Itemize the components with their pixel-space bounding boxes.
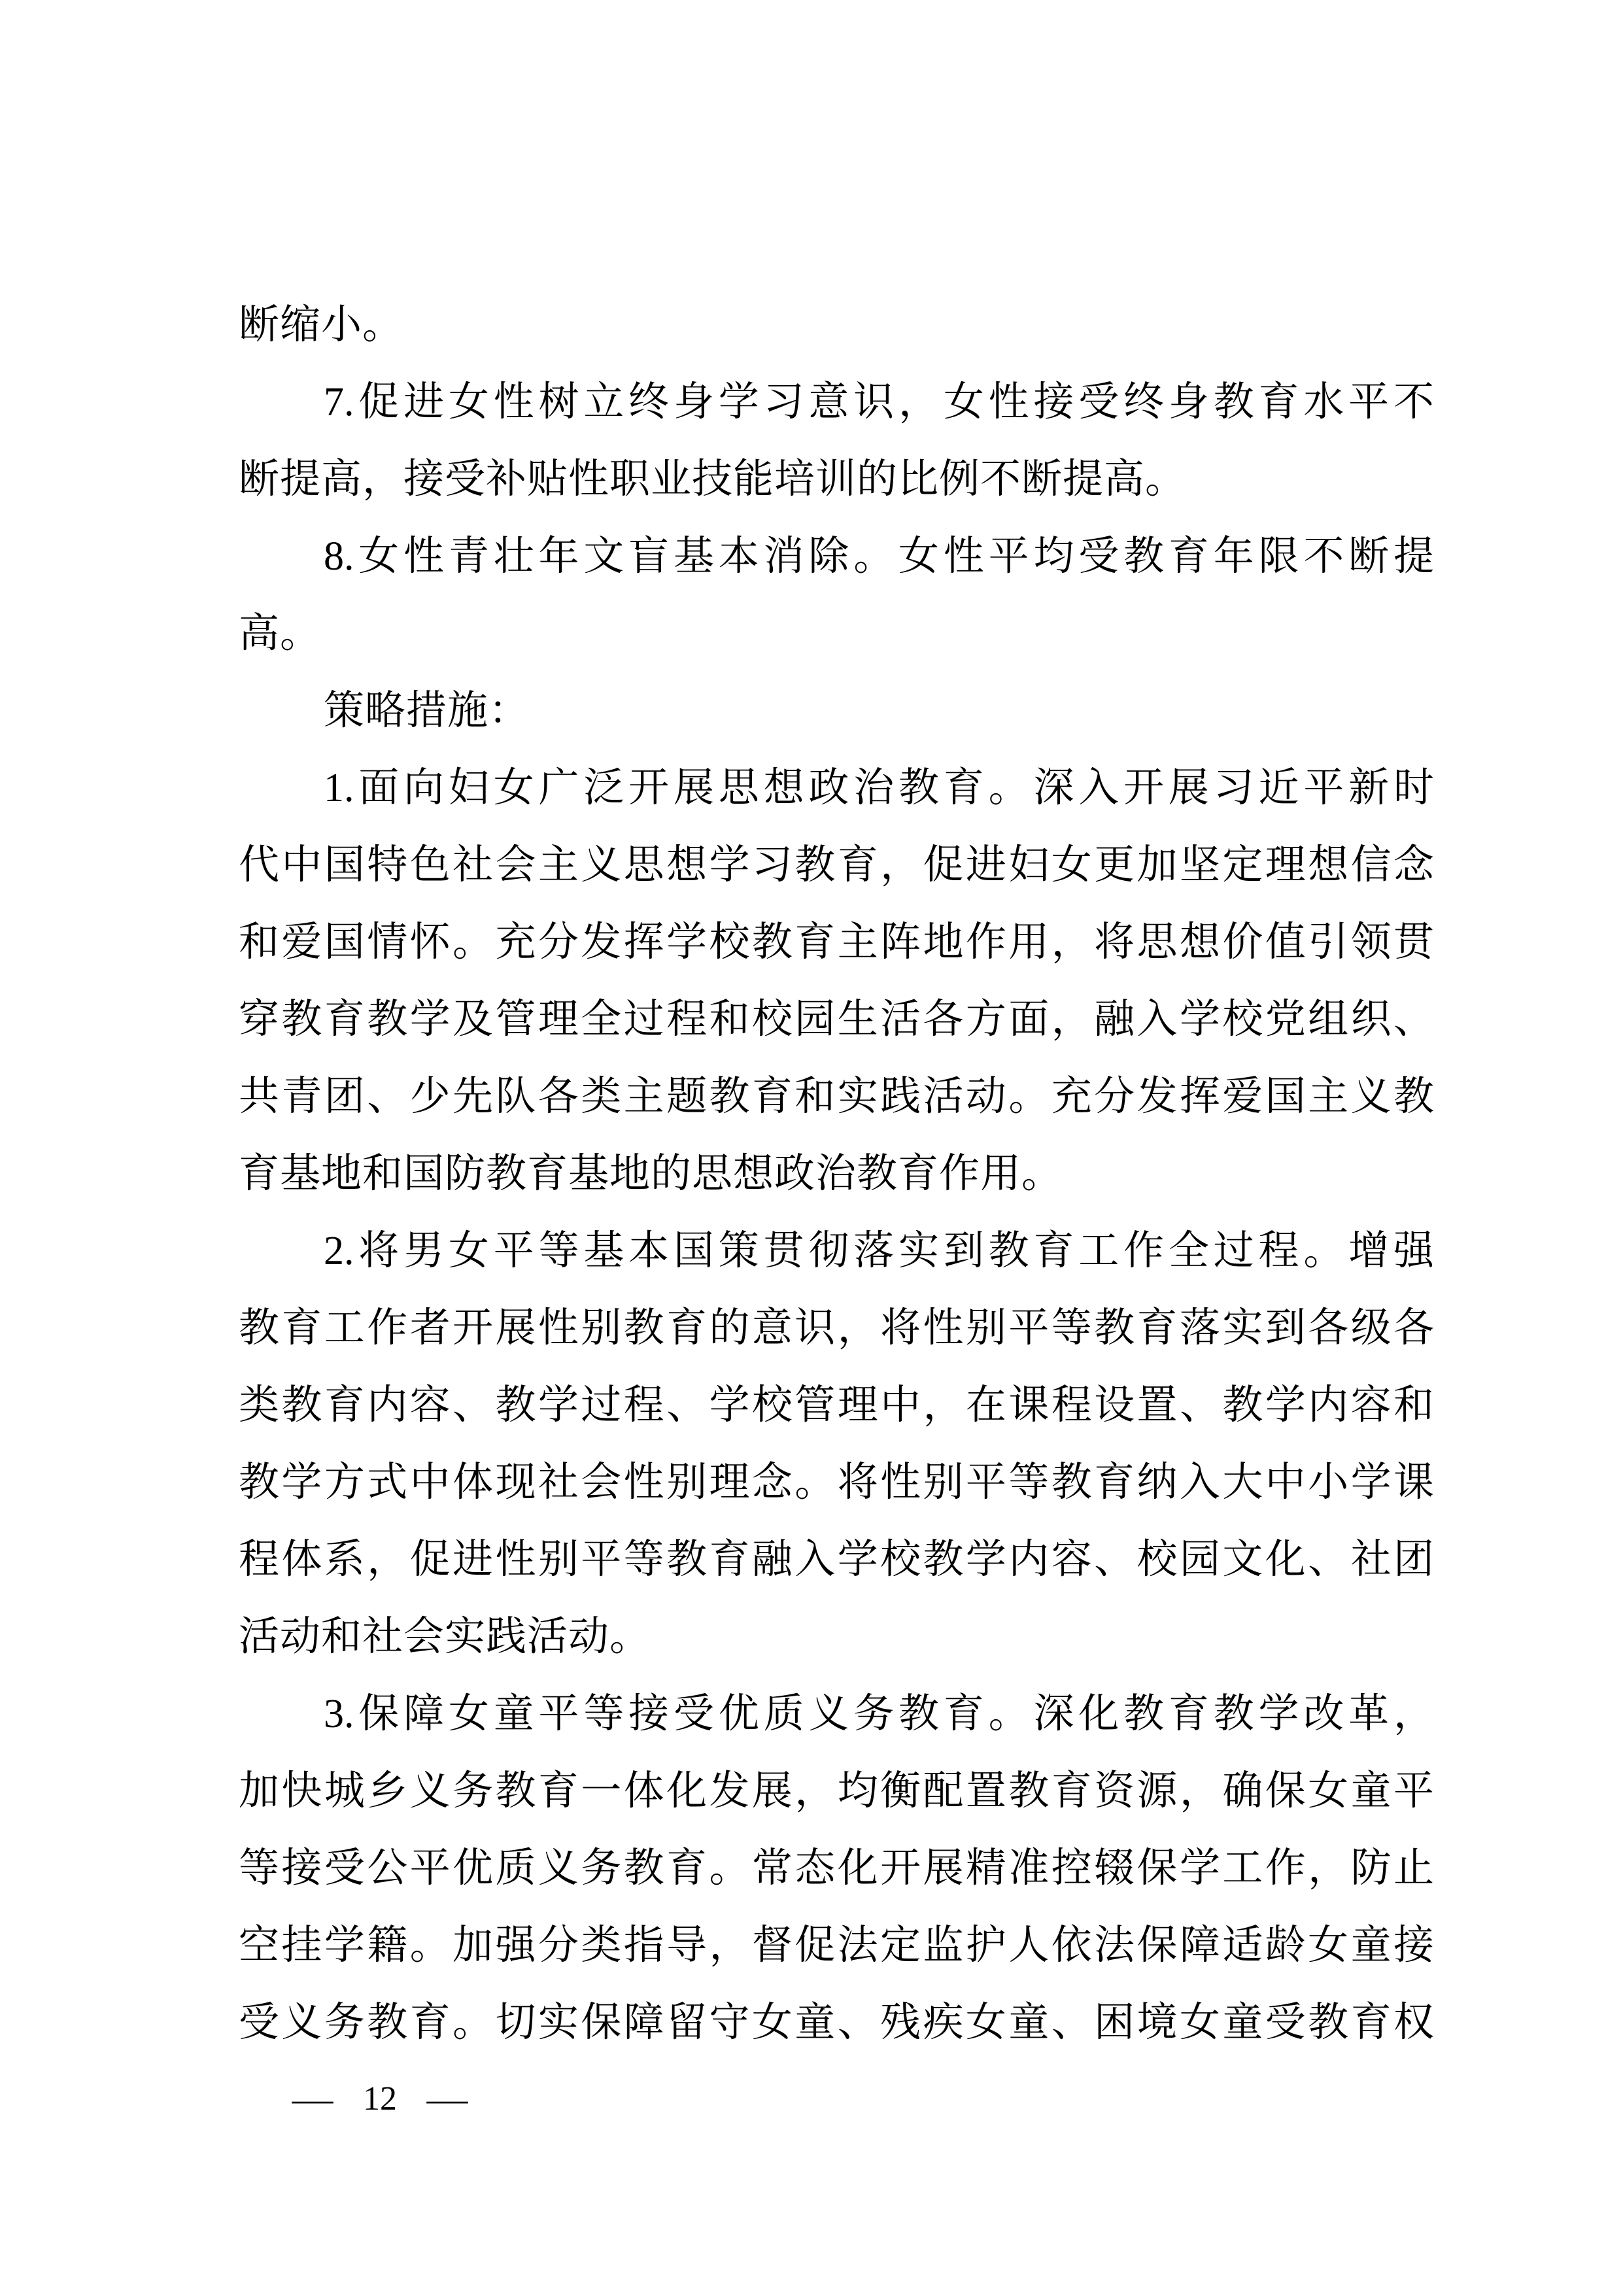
text-line: 策略措施： <box>239 672 1434 749</box>
text-line: 受义务教育。切实保障留守女童、残疾女童、困境女童受教育权 <box>239 1984 1434 2061</box>
text-line: 教学方式中体现社会性别理念。将性别平等教育纳入大中小学课 <box>239 1444 1434 1521</box>
text-line: 等接受公平优质义务教育。常态化开展精准控辍保学工作，防止 <box>239 1830 1434 1907</box>
text-line: 加快城乡义务教育一体化发展，均衡配置教育资源，确保女童平 <box>239 1753 1434 1830</box>
page-footer: — 12 — <box>294 2078 466 2120</box>
text-line: 3.保障女童平等接受优质义务教育。深化教育教学改革， <box>239 1675 1434 1753</box>
text-line: 空挂学籍。加强分类指导，督促法定监护人依法保障适龄女童接 <box>239 1907 1434 1984</box>
text-line: 高。 <box>239 595 1434 672</box>
text-line: 1.面向妇女广泛开展思想政治教育。深入开展习近平新时 <box>239 749 1434 827</box>
footer-dash: — <box>292 2078 333 2120</box>
text-line: 类教育内容、教学过程、学校管理中，在课程设置、教学内容和 <box>239 1367 1434 1444</box>
text-line: 育基地和国防教育基地的思想政治教育作用。 <box>239 1135 1434 1212</box>
text-line: 断缩小。 <box>239 286 1434 364</box>
text-line: 和爱国情怀。充分发挥学校教育主阵地作用，将思想价值引领贯 <box>239 904 1434 981</box>
text-line: 共青团、少先队各类主题教育和实践活动。充分发挥爱国主义教 <box>239 1058 1434 1135</box>
footer-dash: — <box>427 2078 468 2120</box>
text-line: 教育工作者开展性别教育的意识，将性别平等教育落实到各级各 <box>239 1290 1434 1367</box>
text-line: 穿教育教学及管理全过程和校园生活各方面，融入学校党组织、 <box>239 981 1434 1058</box>
document-page: 断缩小。7.促进女性树立终身学习意识，女性接受终身教育水平不断提高，接受补贴性职… <box>0 0 1623 2296</box>
text-line: 活动和社会实践活动。 <box>239 1598 1434 1675</box>
text-line: 2.将男女平等基本国策贯彻落实到教育工作全过程。增强 <box>239 1212 1434 1290</box>
page-number: 12 <box>363 2078 397 2120</box>
document-body: 断缩小。7.促进女性树立终身学习意识，女性接受终身教育水平不断提高，接受补贴性职… <box>239 286 1434 2061</box>
text-line: 8.女性青壮年文盲基本消除。女性平均受教育年限不断提 <box>239 518 1434 595</box>
text-line: 7.促进女性树立终身学习意识，女性接受终身教育水平不 <box>239 364 1434 441</box>
text-line: 程体系，促进性别平等教育融入学校教学内容、校园文化、社团 <box>239 1521 1434 1598</box>
text-line: 代中国特色社会主义思想学习教育，促进妇女更加坚定理想信念 <box>239 827 1434 904</box>
text-line: 断提高，接受补贴性职业技能培训的比例不断提高。 <box>239 441 1434 518</box>
